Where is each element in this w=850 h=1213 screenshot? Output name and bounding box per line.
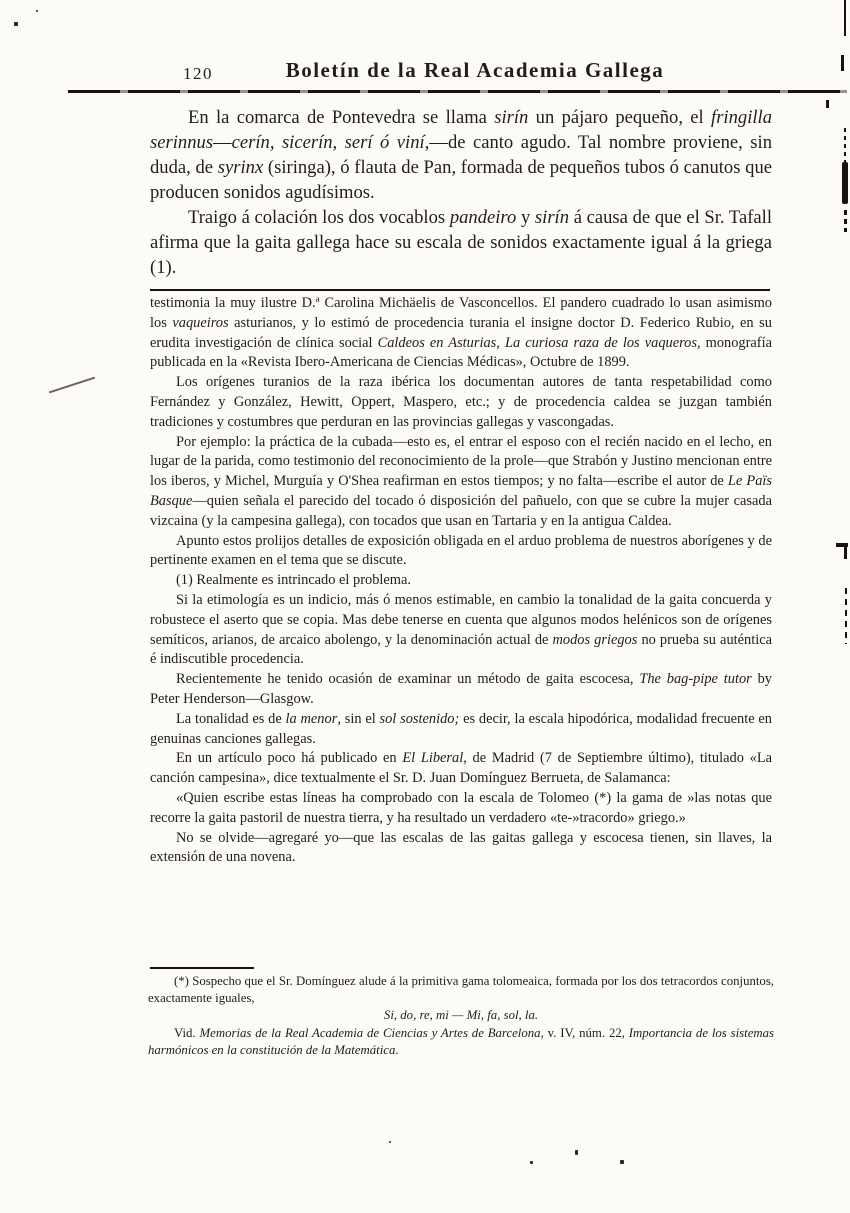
- sub-footnote-paragraph: Vid. Memorias de la Real Academia de Cie…: [148, 1025, 774, 1059]
- paragraph: Traigo á colación los dos vocablos pande…: [150, 205, 772, 280]
- footnote-paragraph: La tonalidad es de la menor, sin el sol …: [150, 710, 772, 750]
- scan-artifact: [14, 22, 18, 26]
- scan-artifact: [620, 1160, 624, 1164]
- scan-artifact: [49, 377, 95, 394]
- scan-artifact: [844, 128, 846, 162]
- scan-artifact: [36, 10, 38, 12]
- sub-footnote-paragraph: (*) Sospecho que el Sr. Domínguez alude …: [148, 973, 774, 1007]
- musical-scale-line: Si, do, re, mi — Mi, fa, sol, la.: [148, 1007, 774, 1024]
- scan-artifact: [844, 210, 847, 232]
- paragraph: En la comarca de Pontevedra se llama sir…: [150, 105, 772, 205]
- scanned-document-page: 120 Boletín de la Real Academia Gallega …: [0, 0, 850, 1213]
- scan-artifact: [844, 0, 846, 36]
- footnote-paragraph: Apunto estos prolijos detalles de exposi…: [150, 532, 772, 572]
- journal-title: Boletín de la Real Academia Gallega: [235, 58, 715, 83]
- scan-artifact: [844, 547, 847, 559]
- scan-artifact: [845, 588, 847, 644]
- footnote-separator-rule: [150, 967, 254, 969]
- scan-artifact: [826, 100, 829, 108]
- footnote-paragraph: testimonia la muy ilustre D.ª Carolina M…: [150, 294, 772, 373]
- scan-artifact: [530, 1161, 533, 1164]
- footnote-block: testimonia la muy ilustre D.ª Carolina M…: [150, 294, 772, 868]
- scan-artifact: [841, 55, 844, 71]
- footnote-paragraph: (1) Realmente es intrincado el problema.: [150, 571, 772, 591]
- footnote-paragraph: Los orígenes turanios de la raza ibérica…: [150, 373, 772, 432]
- footnote-rule: [150, 289, 770, 291]
- header-rule: [68, 90, 847, 93]
- footnote-paragraph: Por ejemplo: la práctica de la cubada—es…: [150, 433, 772, 532]
- sub-footnote-block: (*) Sospecho que el Sr. Domínguez alude …: [148, 973, 774, 1059]
- footnote-paragraph: Recientemente he tenido ocasión de exami…: [150, 670, 772, 710]
- footnote-paragraph: «Quien escribe estas líneas ha comprobad…: [150, 789, 772, 829]
- footnote-paragraph: En un artículo poco há publicado en El L…: [150, 749, 772, 789]
- footnote-paragraph: No se olvide—agregaré yo—que las escalas…: [150, 829, 772, 869]
- footnote-paragraph: Si la etimología es un indicio, más ó me…: [150, 591, 772, 670]
- scan-artifact: [575, 1150, 578, 1155]
- scan-artifact: [389, 1141, 391, 1143]
- main-text-block: En la comarca de Pontevedra se llama sir…: [150, 105, 772, 280]
- scan-artifact: [842, 162, 848, 204]
- page-number: 120: [183, 64, 213, 84]
